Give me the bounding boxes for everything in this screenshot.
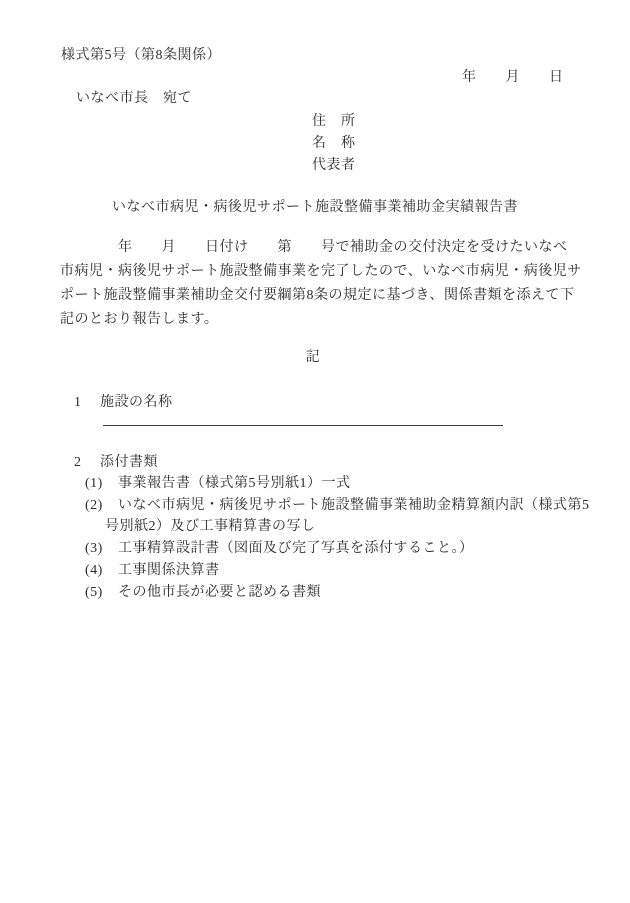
attachment-item-text: いなべ市病児・病後児サポート施設整備事業補助金精算額内訳（様式第5 [118, 498, 590, 513]
attachment-item: (2)いなべ市病児・病後児サポート施設整備事業補助金精算額内訳（様式第5 [85, 498, 590, 514]
section-1-label: 施設の名称 [100, 395, 173, 411]
attachment-item-number: (1) [85, 476, 118, 492]
document-page: 様式第5号（第8条関係） 年 月 日 いなべ市長 宛て 住 所 名 称 代表者 … [0, 0, 630, 903]
date-line: 年 月 日 [462, 70, 564, 86]
address-label: 住 所 [312, 114, 356, 130]
addressee: いなべ市長 宛て [76, 91, 192, 107]
attachment-item-text: その他市長が必要と認める書類 [118, 585, 321, 600]
body-line: 記のとおり報告します。 [60, 308, 580, 332]
attachment-item-number: (2) [85, 498, 118, 514]
attachment-item-continuation: 号別紙2）及び工事精算書の写し [105, 519, 316, 535]
attachment-item: (3)工事精算設計書（図面及び完了写真を添付すること。） [85, 541, 474, 557]
body-line: ポート施設整備事業補助金交付要綱第8条の規定に基づき、関係書類を添えて下 [60, 284, 580, 308]
attachment-item: (5)その他市長が必要と認める書類 [85, 585, 321, 601]
attachment-item-text: 工事精算設計書（図面及び完了写真を添付すること。） [118, 541, 474, 556]
attachment-item-number: (5) [85, 585, 118, 601]
attachment-item-text: 事業報告書（様式第5号別紙1）一式 [118, 476, 351, 491]
facility-name-field[interactable] [103, 411, 503, 426]
body-line: 市病児・病後児サポート施設整備事業を完了したので、いなべ市病児・病後児サ [60, 260, 580, 284]
representative-label: 代表者 [312, 158, 356, 174]
body-line: 年 月 日付け 第 号で補助金の交付決定を受けたいなべ [60, 236, 580, 260]
section-2-label: 添付書類 [100, 455, 158, 471]
section-2-number: 2 [74, 455, 82, 471]
attachment-item: (4)工事関係決算書 [85, 563, 220, 579]
body-paragraph: 年 月 日付け 第 号で補助金の交付決定を受けたいなべ 市病児・病後児サポート施… [60, 236, 580, 332]
attachment-item: (1)事業報告書（様式第5号別紙1）一式 [85, 476, 351, 492]
name-label: 名 称 [312, 136, 356, 152]
attachment-item-text: 工事関係決算書 [118, 563, 220, 578]
ki-heading: 記 [0, 350, 626, 366]
section-1-number: 1 [74, 395, 82, 411]
form-number-label: 様式第5号（第8条関係） [61, 48, 221, 64]
attachment-item-number: (3) [85, 541, 118, 557]
attachment-item-number: (4) [85, 563, 118, 579]
document-title: いなべ市病児・病後児サポート施設整備事業補助金実績報告書 [0, 200, 630, 216]
attachment-item-text: 号別紙2）及び工事精算書の写し [105, 519, 316, 534]
